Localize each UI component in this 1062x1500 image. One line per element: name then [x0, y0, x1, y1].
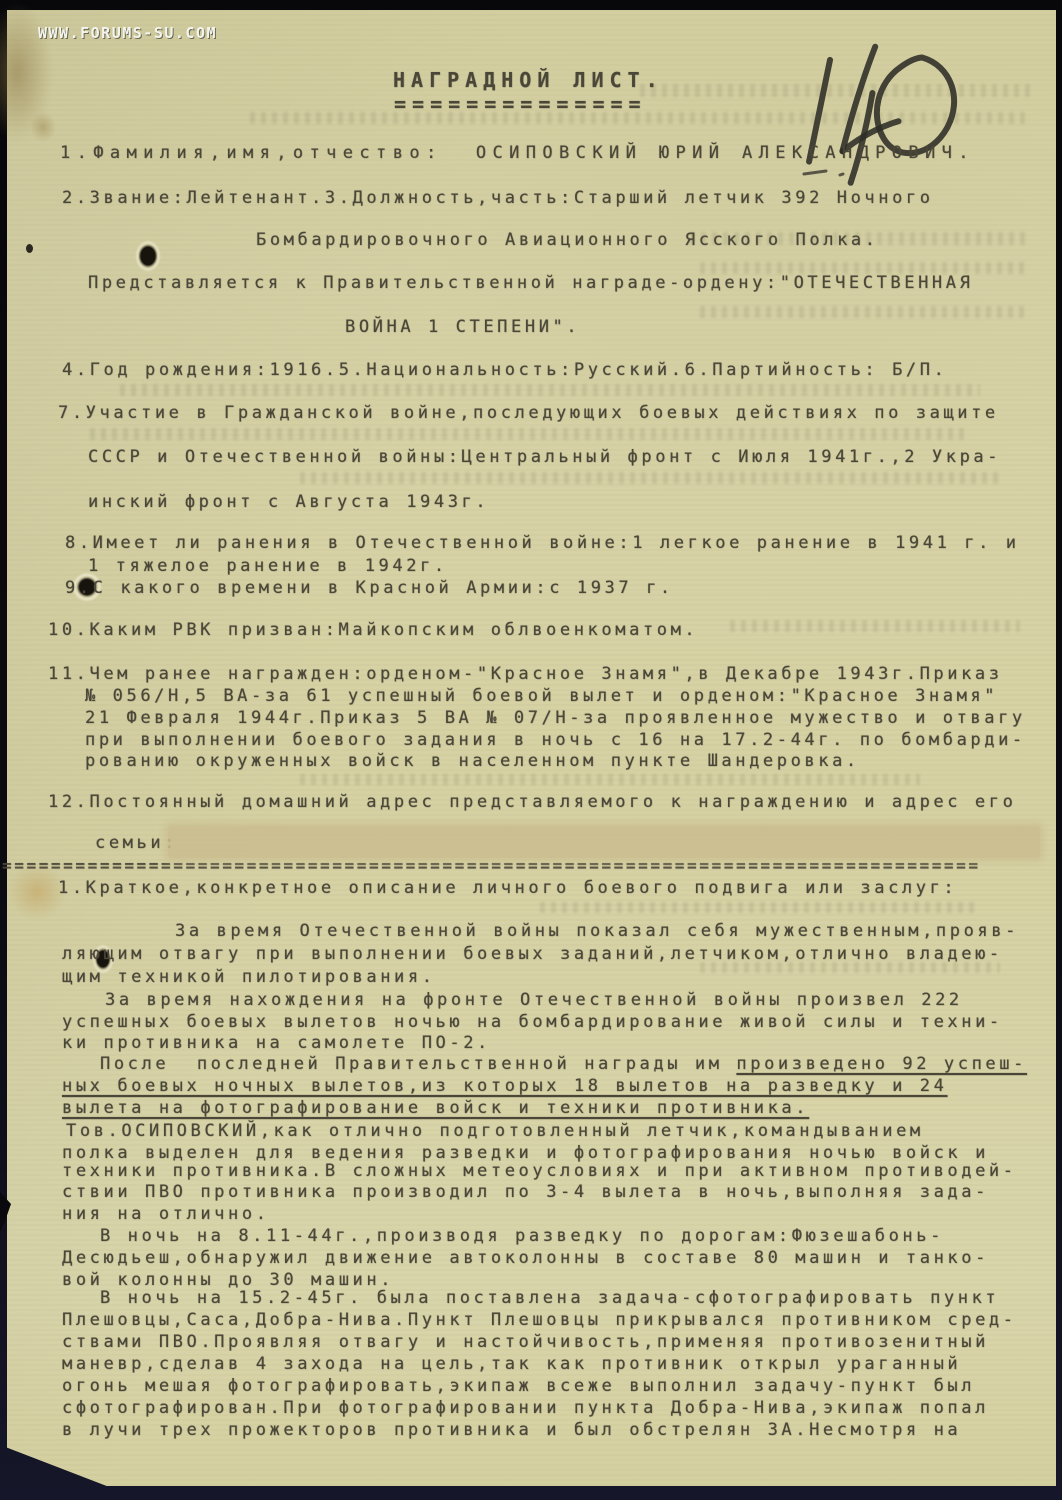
- document-line: ствами ПВО.Проявляя отвагу и настойчивос…: [62, 1332, 989, 1353]
- document-line: сфотографирован.При фотографировании пун…: [62, 1398, 989, 1419]
- document-title: НАГРАДНОЙ ЛИСТ.: [393, 68, 664, 93]
- document-line: маневр,сделав 4 захода на цель,так как п…: [62, 1354, 961, 1375]
- document-line: Десюдьеш,обнаружил движение автоколонны …: [62, 1248, 989, 1269]
- document-line: 1 тяжелое ранение в 1942г.: [88, 556, 448, 577]
- document-line: Представляется к Правительственной награ…: [88, 273, 973, 294]
- document-line: 2.Звание:Лейтенант.3.Должность,часть:Ста…: [62, 188, 934, 209]
- pencil-stroke: [840, 174, 843, 175]
- document-line: В ночь на 15.2-45г. была поставлена зада…: [100, 1288, 999, 1309]
- document-line: 7.Участие в Гражданской войне,последующи…: [58, 403, 999, 424]
- document-line: ВОЙНА 1 СТЕПЕНИ".: [345, 317, 580, 338]
- document-line: Плешовцы,Саса,Добра-Нива.Пункт Плешовцы …: [62, 1310, 1017, 1331]
- title-underline: ==============: [394, 92, 647, 117]
- document-line: щим техникой пилотирования.: [62, 967, 436, 988]
- document-line: техники противника.В сложных метеоуслови…: [62, 1161, 1017, 1182]
- document-line: ляющим отвагу при выполнении боевых зада…: [62, 944, 1003, 965]
- document-line: За время Отечественной войны показал себ…: [175, 921, 1019, 942]
- document-line: За время нахождения на фронте Отечествен…: [105, 990, 963, 1011]
- pencil-stroke: [835, 47, 882, 152]
- document-line: 1.Краткое,конкретное описание личного бо…: [58, 878, 957, 899]
- document-line: № 056/Н,5 ВА-за 61 успешный боевой вылет…: [85, 686, 998, 707]
- underlined-text: ных боевых ночных вылетов,из которых 18 …: [62, 1076, 947, 1096]
- document-line: 8.Имеет ли ранения в Отечественной войне…: [65, 533, 1020, 554]
- document-line: инский фронт с Августа 1943г.: [88, 492, 489, 513]
- underlined-text: вылета на фотографирование войск и техни…: [62, 1098, 809, 1118]
- document-line: огонь мешая фотографировать,экипаж всеже…: [62, 1376, 975, 1397]
- redacted-address-area: [168, 826, 1040, 858]
- document-line: семьи:: [95, 833, 178, 854]
- document-line: 9.С какого времени в Красной Армии:с 193…: [65, 578, 674, 599]
- underlined-text: произведено 92 успеш-: [736, 1054, 1027, 1074]
- document-line: После последней Правительственной наград…: [100, 1054, 1027, 1075]
- document-line: 21 Февраля 1944г.Приказ 5 ВА № 07/Н-за п…: [85, 708, 1026, 729]
- document-line: ния на отлично.: [62, 1204, 270, 1225]
- document-line: успешных боевых вылетов ночью на бомбард…: [62, 1012, 1003, 1033]
- document-line: СССР и Отечественной войны:Центральный ф…: [88, 447, 1001, 468]
- document-line: рованию окруженных войск в населенном пу…: [85, 751, 860, 772]
- document-line: вылета на фотографирование войск и техни…: [62, 1098, 809, 1119]
- document-line: 4.Год рождения:1916.5.Национальность:Рус…: [62, 360, 947, 381]
- document-line: в лучи трех прожекторов противника и был…: [62, 1420, 961, 1441]
- document-line: ных боевых ночных вылетов,из которых 18 …: [62, 1076, 947, 1097]
- document-line: 10.Каким РВК призван:Майкопским облвоенк…: [48, 620, 698, 641]
- document-line: Бомбардировочного Авиационного Ясского П…: [256, 230, 879, 251]
- document-line: ствии ПВО противника производил по 3-4 в…: [62, 1182, 989, 1203]
- pencil-dash-mark: [800, 164, 860, 180]
- document-line: 12.Постоянный домашний адрес представляе…: [48, 792, 1016, 813]
- scanned-document: WWW.FORUMS-SU.COM НАГРАДНОЙ ЛИСТ. ======…: [0, 0, 1062, 1500]
- watermark: WWW.FORUMS-SU.COM: [38, 26, 217, 41]
- pencil-stroke: [804, 171, 826, 174]
- document-line: 1.Фамилия,имя,отчество: ОСИПОВСКИЙ ЮРИЙ …: [60, 143, 975, 164]
- document-line: В ночь на 8.11-44г.,производя разведку п…: [100, 1226, 944, 1247]
- document-line: ========================================…: [2, 856, 981, 876]
- document-line: ки противника на самолете ПО-2.: [62, 1033, 491, 1054]
- document-line: Тов.ОСИПОВСКИЙ,как отлично подготовленны…: [66, 1121, 924, 1142]
- document-line: при выполнении боевого задания в ночь с …: [85, 730, 1026, 751]
- document-line: 11.Чем ранее награжден:орденом-"Красное …: [48, 664, 1003, 685]
- pencil-stroke: [873, 55, 958, 155]
